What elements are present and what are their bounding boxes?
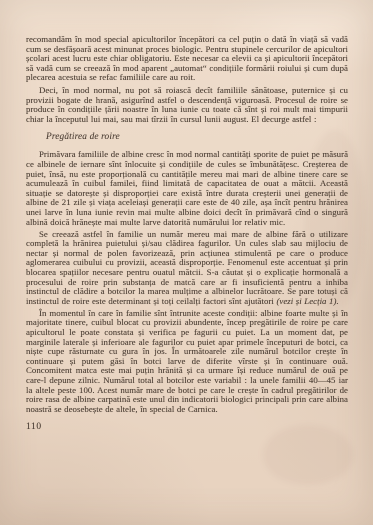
scanned-book-page: { "document": { "language": "ro", "color…	[0, 0, 373, 525]
paragraph-text: Se creează astfel în familie un număr me…	[26, 229, 348, 306]
paragraph: Deci, în mod normal, nu pot să roiască d…	[26, 86, 348, 124]
page-number: 110	[26, 422, 348, 432]
page-text-block: recomandăm în mod special apicultorilor …	[0, 0, 373, 525]
paragraph: În momentul în care în familie sînt într…	[26, 309, 348, 415]
paragraph: Primăvara familiile de albine cresc în m…	[26, 150, 348, 227]
paragraph-continuation: recomandăm în mod special apicultorilor …	[26, 35, 348, 83]
paragraph: Se creează astfel în familie un număr me…	[26, 230, 348, 307]
scanned-paper-background: recomandăm în mod special apicultorilor …	[0, 0, 373, 525]
section-heading: Pregătirea de roire	[26, 132, 348, 142]
citation-reference: (vezi și Lecția 1).	[276, 296, 338, 306]
